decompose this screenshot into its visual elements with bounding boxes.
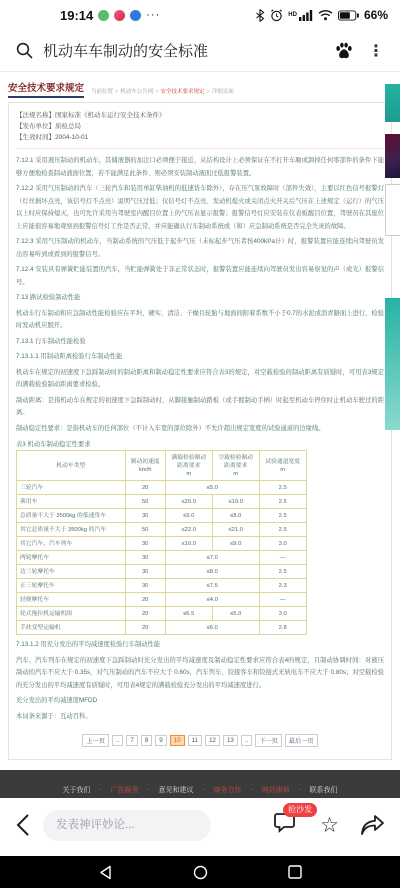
table-row: 轻便摩托车20≤4.0— xyxy=(17,593,307,607)
unladen-distance-cell: ≤21.0 xyxy=(212,523,259,537)
lane-width-cell: — xyxy=(259,551,306,565)
lane-width-cell: 3.0 xyxy=(259,537,306,551)
vehicle-type-cell: 乘用车 xyxy=(17,495,126,509)
table-row: 总质量不大于 3500kg 的低速货车30≤9.0≤8.02.5 xyxy=(17,509,307,523)
wifi-icon xyxy=(318,9,333,21)
breadcrumb-item[interactable]: 详细页面 xyxy=(212,89,234,95)
unladen-distance-cell: ≤8.0 xyxy=(212,509,259,523)
laden-distance-cell: ≤8.0 xyxy=(165,565,259,579)
pagination: 上一页..78910111213..下一页最后一页 xyxy=(16,734,384,747)
table-column-header: 机动车类型 xyxy=(17,451,126,481)
laden-distance-cell: ≤7.0 xyxy=(165,551,259,565)
page-button[interactable]: 10 xyxy=(170,735,185,746)
laden-distance-cell: ≤22.0 xyxy=(165,523,212,537)
doc-info-line: 【发布单位】质检总局 xyxy=(16,121,384,132)
lane-width-cell: 2.3 xyxy=(259,579,306,593)
battery-percent: 66% xyxy=(364,8,388,22)
table-row: 边三轮摩托车30≤8.02.5 xyxy=(17,565,307,579)
paragraph: 7.13.1 行车制动性能检验 xyxy=(16,336,384,349)
vehicle-type-cell: 总质量不大于 3500kg 的低速货车 xyxy=(17,509,126,523)
footer-link[interactable]: 关于我们 xyxy=(63,785,91,795)
lane-width-cell: 2.5 xyxy=(259,523,306,537)
doc-info-line: 【生效时间】2004-10-01 xyxy=(16,132,384,143)
page-button[interactable]: 8 xyxy=(141,735,152,746)
table-row: 正三轮摩托车30≤7.52.3 xyxy=(17,579,307,593)
doc-info-line: 【法规名称】国家标准《机动车运行安全技术条件》 xyxy=(16,110,384,121)
page-button[interactable]: 11 xyxy=(188,735,202,746)
vehicle-type-cell: 手扶变型运输机 xyxy=(17,621,126,635)
footer-link-separator: - xyxy=(148,787,150,793)
paragraph: 7.13 路试检验制动性能 xyxy=(16,292,384,305)
lane-width-cell: 3.0 xyxy=(259,607,306,621)
table-row: 其它汽车、汽车列车30≤10.0≤9.03.0 xyxy=(17,537,307,551)
vehicle-type-cell: 其它总质量不大于 3500kg 的汽车 xyxy=(17,523,126,537)
back-button[interactable] xyxy=(16,814,29,836)
doc-info-block: 【法规名称】国家标准《机动车运行安全技术条件》【发布单位】质检总局【生效时间】2… xyxy=(16,110,384,149)
footer-links: 关于我们-广告服务-意见和建议-商务合作-网站律师-联系我们 xyxy=(0,785,400,795)
nav-recents-icon[interactable] xyxy=(288,865,302,879)
initial-speed-cell: 20 xyxy=(125,593,165,607)
paragraph: 本词条来源于：互动百科。 xyxy=(16,711,384,724)
laden-distance-cell: ≤4.0 xyxy=(165,593,259,607)
lane-width-cell: — xyxy=(259,593,306,607)
laden-distance-cell: ≤5.0 xyxy=(165,481,259,495)
initial-speed-cell: 50 xyxy=(125,495,165,509)
doc-body: 7.12.1 采用液压制动的机动车，其储液器的加注口必须便于接近，从结构设计上必… xyxy=(16,155,384,435)
page-button[interactable]: 12 xyxy=(205,735,220,746)
first-comment-badge: 抢沙发 xyxy=(283,803,317,817)
vehicle-type-cell: 边三轮摩托车 xyxy=(17,565,126,579)
table-header-row: 机动车类型制动初速度 km/h满载检验制动 距离要求 m空载检验制动 距离要求 … xyxy=(17,451,307,481)
search-bar: 机动车车制动的安全标准 ⋮ xyxy=(0,30,400,72)
paragraph: 7.12.2 采用气压制动的汽车（三轮汽车和装用单缸柴油机的低速货车除外），存在… xyxy=(16,183,384,233)
breadcrumb-separator: > xyxy=(155,89,158,95)
vehicle-type-cell: 轻便摩托车 xyxy=(17,593,126,607)
brake-distance-table: 机动车类型制动初速度 km/h满载检验制动 距离要求 m空载检验制动 距离要求 … xyxy=(16,450,307,635)
table-row: 手扶变型运输机20≤6.02.8 xyxy=(17,621,307,635)
initial-speed-cell: 20 xyxy=(125,481,165,495)
table-column-header: 空载检验制动 距离要求 m xyxy=(212,451,259,481)
android-navigation-bar xyxy=(0,856,400,888)
table-column-header: 制动初速度 km/h xyxy=(125,451,165,481)
footer-link-separator: - xyxy=(203,787,205,793)
page-button[interactable]: .. xyxy=(241,735,252,746)
nav-home-icon[interactable] xyxy=(193,865,208,880)
paragraph: 机动车在规定的初速度下急踩制动时的制动距离和制动稳定性要求应符合表3的规定，对空… xyxy=(16,367,384,392)
page-button[interactable]: 9 xyxy=(155,735,166,746)
table-column-header: 试验通道宽度 m xyxy=(259,451,306,481)
footer-link[interactable]: 商务合作 xyxy=(214,785,242,795)
more-notifications-icon: ··· xyxy=(146,9,160,21)
right-rail-ad-fragment[interactable] xyxy=(385,298,400,430)
table-row: 其它总质量不大于 3500kg 的汽车50≤22.0≤21.02.5 xyxy=(17,523,307,537)
initial-speed-cell: 30 xyxy=(125,579,165,593)
page-button[interactable]: 最后一页 xyxy=(285,734,318,747)
page-title: 安全技术要求规定 xyxy=(8,80,84,98)
paragraph: 7.12.4 安装具有弹簧贮能装置的汽车，当贮能弹簧处于非正常状态时，报警装置应… xyxy=(16,264,384,289)
table-row: 轮式拖拉机运输机组20≤6.5≤5.03.0 xyxy=(17,607,307,621)
breadcrumb-item[interactable]: 当前位置 xyxy=(91,89,113,95)
paragraph: 制动稳定性要求：是指机动车的任何部位（不计入车宽的部位除外）不允许超出规定宽度的… xyxy=(16,423,384,436)
paragraph: 7.12.3 采用气压制动的机动车，当制动系统的气压低于起步气压（未标起步气压者… xyxy=(16,236,384,261)
laden-distance-cell: ≤6.5 xyxy=(165,607,212,621)
vehicle-type-cell: 两轮摩托车 xyxy=(17,551,126,565)
clock-time: 19:14 xyxy=(60,8,93,23)
right-rail-ad-fragment[interactable] xyxy=(385,84,400,122)
right-rail-ad-fragment[interactable] xyxy=(385,184,400,236)
footer-link[interactable]: 网站律师 xyxy=(262,785,290,795)
paragraph: 7.13.1.2 用充分发出的平均减速度检验行车制动性能 xyxy=(16,639,384,652)
paragraph: 制动距离：是指机动车在规定的初速度下急踩制动时，从脚接触制动踏板（或手握制动手柄… xyxy=(16,395,384,420)
initial-speed-cell: 30 xyxy=(125,537,165,551)
table-caption: 表3 机动车制动稳定性要求 xyxy=(16,439,384,448)
footer-link-separator: - xyxy=(251,787,253,793)
notification-app-icon xyxy=(114,10,125,21)
favorite-star-icon[interactable]: ☆ xyxy=(320,815,339,836)
lane-width-cell: 2.5 xyxy=(259,565,306,579)
signal-icon xyxy=(299,9,313,21)
baidu-logo-icon[interactable] xyxy=(334,41,354,61)
status-bar: 19:14 ··· HD 66% xyxy=(0,0,400,30)
laden-distance-cell: ≤20.0 xyxy=(165,495,212,509)
search-icon xyxy=(16,42,33,59)
lane-width-cell: 2.5 xyxy=(259,481,306,495)
paragraph: 充分发出的平均减速度MFDD xyxy=(16,695,384,708)
page-button[interactable]: 下一页 xyxy=(255,734,282,747)
initial-speed-cell: 30 xyxy=(125,565,165,579)
paragraph: 7.12.1 采用液压制动的机动车，其储液器的加注口必须便于接近，从结构设计上必… xyxy=(16,155,384,180)
initial-speed-cell: 50 xyxy=(125,523,165,537)
footer-link-separator: - xyxy=(299,787,301,793)
paragraph: 汽车、汽车列车在规定的初速度下急踩制动时充分发出的平均减速度及制动稳定性要求应符… xyxy=(16,655,384,693)
vehicle-type-cell: 其它汽车、汽车列车 xyxy=(17,537,126,551)
unladen-distance-cell: ≤9.0 xyxy=(212,537,259,551)
vehicle-type-cell: 三轮汽车 xyxy=(17,481,126,495)
breadcrumb: 当前位置>机动车公告网>安全技术要求规定>详细页面 xyxy=(91,87,234,98)
laden-distance-cell: ≤9.0 xyxy=(165,509,212,523)
vehicle-type-cell: 轮式拖拉机运输机组 xyxy=(17,607,126,621)
breadcrumb-separator: > xyxy=(115,89,118,95)
initial-speed-cell: 20 xyxy=(125,621,165,635)
table-row: 两轮摩托车30≤7.0— xyxy=(17,551,307,565)
lane-width-cell: 2.5 xyxy=(259,509,306,523)
alarm-clock-icon xyxy=(270,9,283,22)
laden-distance-cell: ≤7.5 xyxy=(165,579,259,593)
vehicle-type-cell: 正三轮摩托车 xyxy=(17,579,126,593)
unladen-distance-cell: ≤5.0 xyxy=(212,607,259,621)
notification-app-icon xyxy=(98,10,109,21)
right-rail-ad-fragment[interactable] xyxy=(385,134,400,178)
paragraph: 机动车行车制动和应急制动性能检验应在平坦、硬实、清洁、干燥且轮胎与地面间附着系数… xyxy=(16,308,384,333)
breadcrumb-item[interactable]: 安全技术要求规定 xyxy=(160,89,204,95)
lane-width-cell: 2.8 xyxy=(259,621,306,635)
paragraph: 7.13.1.1 用制动距离检验行车制动性能 xyxy=(16,351,384,364)
page-button[interactable]: .. xyxy=(112,735,123,746)
footer-link[interactable]: 意见和建议 xyxy=(159,785,194,795)
table-column-header: 满载检验制动 距离要求 m xyxy=(165,451,212,481)
document-card: 【法规名称】国家标准《机动车运行安全技术条件》【发布单位】质检总局【生效时间】2… xyxy=(8,102,392,760)
comment-input[interactable] xyxy=(43,810,211,841)
page-button[interactable]: 13 xyxy=(223,735,238,746)
footer-link-separator: - xyxy=(100,787,102,793)
footer-link[interactable]: 联系我们 xyxy=(310,785,338,795)
doc-body-continued: 7.13.1.2 用充分发出的平均减速度检验行车制动性能汽车、汽车列车在规定的初… xyxy=(16,639,384,723)
breadcrumb-item[interactable]: 机动车公告网 xyxy=(120,89,153,95)
initial-speed-cell: 20 xyxy=(125,607,165,621)
page-button[interactable]: 上一页 xyxy=(82,734,109,747)
initial-speed-cell: 30 xyxy=(125,551,165,565)
comment-toolbar: 抢沙发 ☆ xyxy=(0,798,400,852)
table-row: 乘用车50≤20.0≤19.02.5 xyxy=(17,495,307,509)
hd-indicator: HD xyxy=(288,12,297,18)
unladen-distance-cell: ≤19.0 xyxy=(212,495,259,509)
comments-button[interactable]: 抢沙发 xyxy=(274,812,298,839)
share-icon[interactable] xyxy=(361,815,384,836)
laden-distance-cell: ≤10.0 xyxy=(165,537,212,551)
page-button[interactable]: 7 xyxy=(126,735,137,746)
kebab-menu-icon[interactable]: ⋮ xyxy=(368,41,384,61)
notification-app-icon xyxy=(130,10,141,21)
bluetooth-icon xyxy=(255,9,265,22)
lane-width-cell: 2.5 xyxy=(259,495,306,509)
breadcrumb-separator: > xyxy=(207,89,210,95)
table-row: 三轮汽车20≤5.02.5 xyxy=(17,481,307,495)
nav-back-icon[interactable] xyxy=(98,865,113,880)
initial-speed-cell: 30 xyxy=(125,509,165,523)
battery-icon xyxy=(338,10,359,21)
laden-distance-cell: ≤6.0 xyxy=(165,621,259,635)
search-input[interactable]: 机动车车制动的安全标准 xyxy=(43,40,334,61)
footer-link[interactable]: 广告服务 xyxy=(111,785,139,795)
